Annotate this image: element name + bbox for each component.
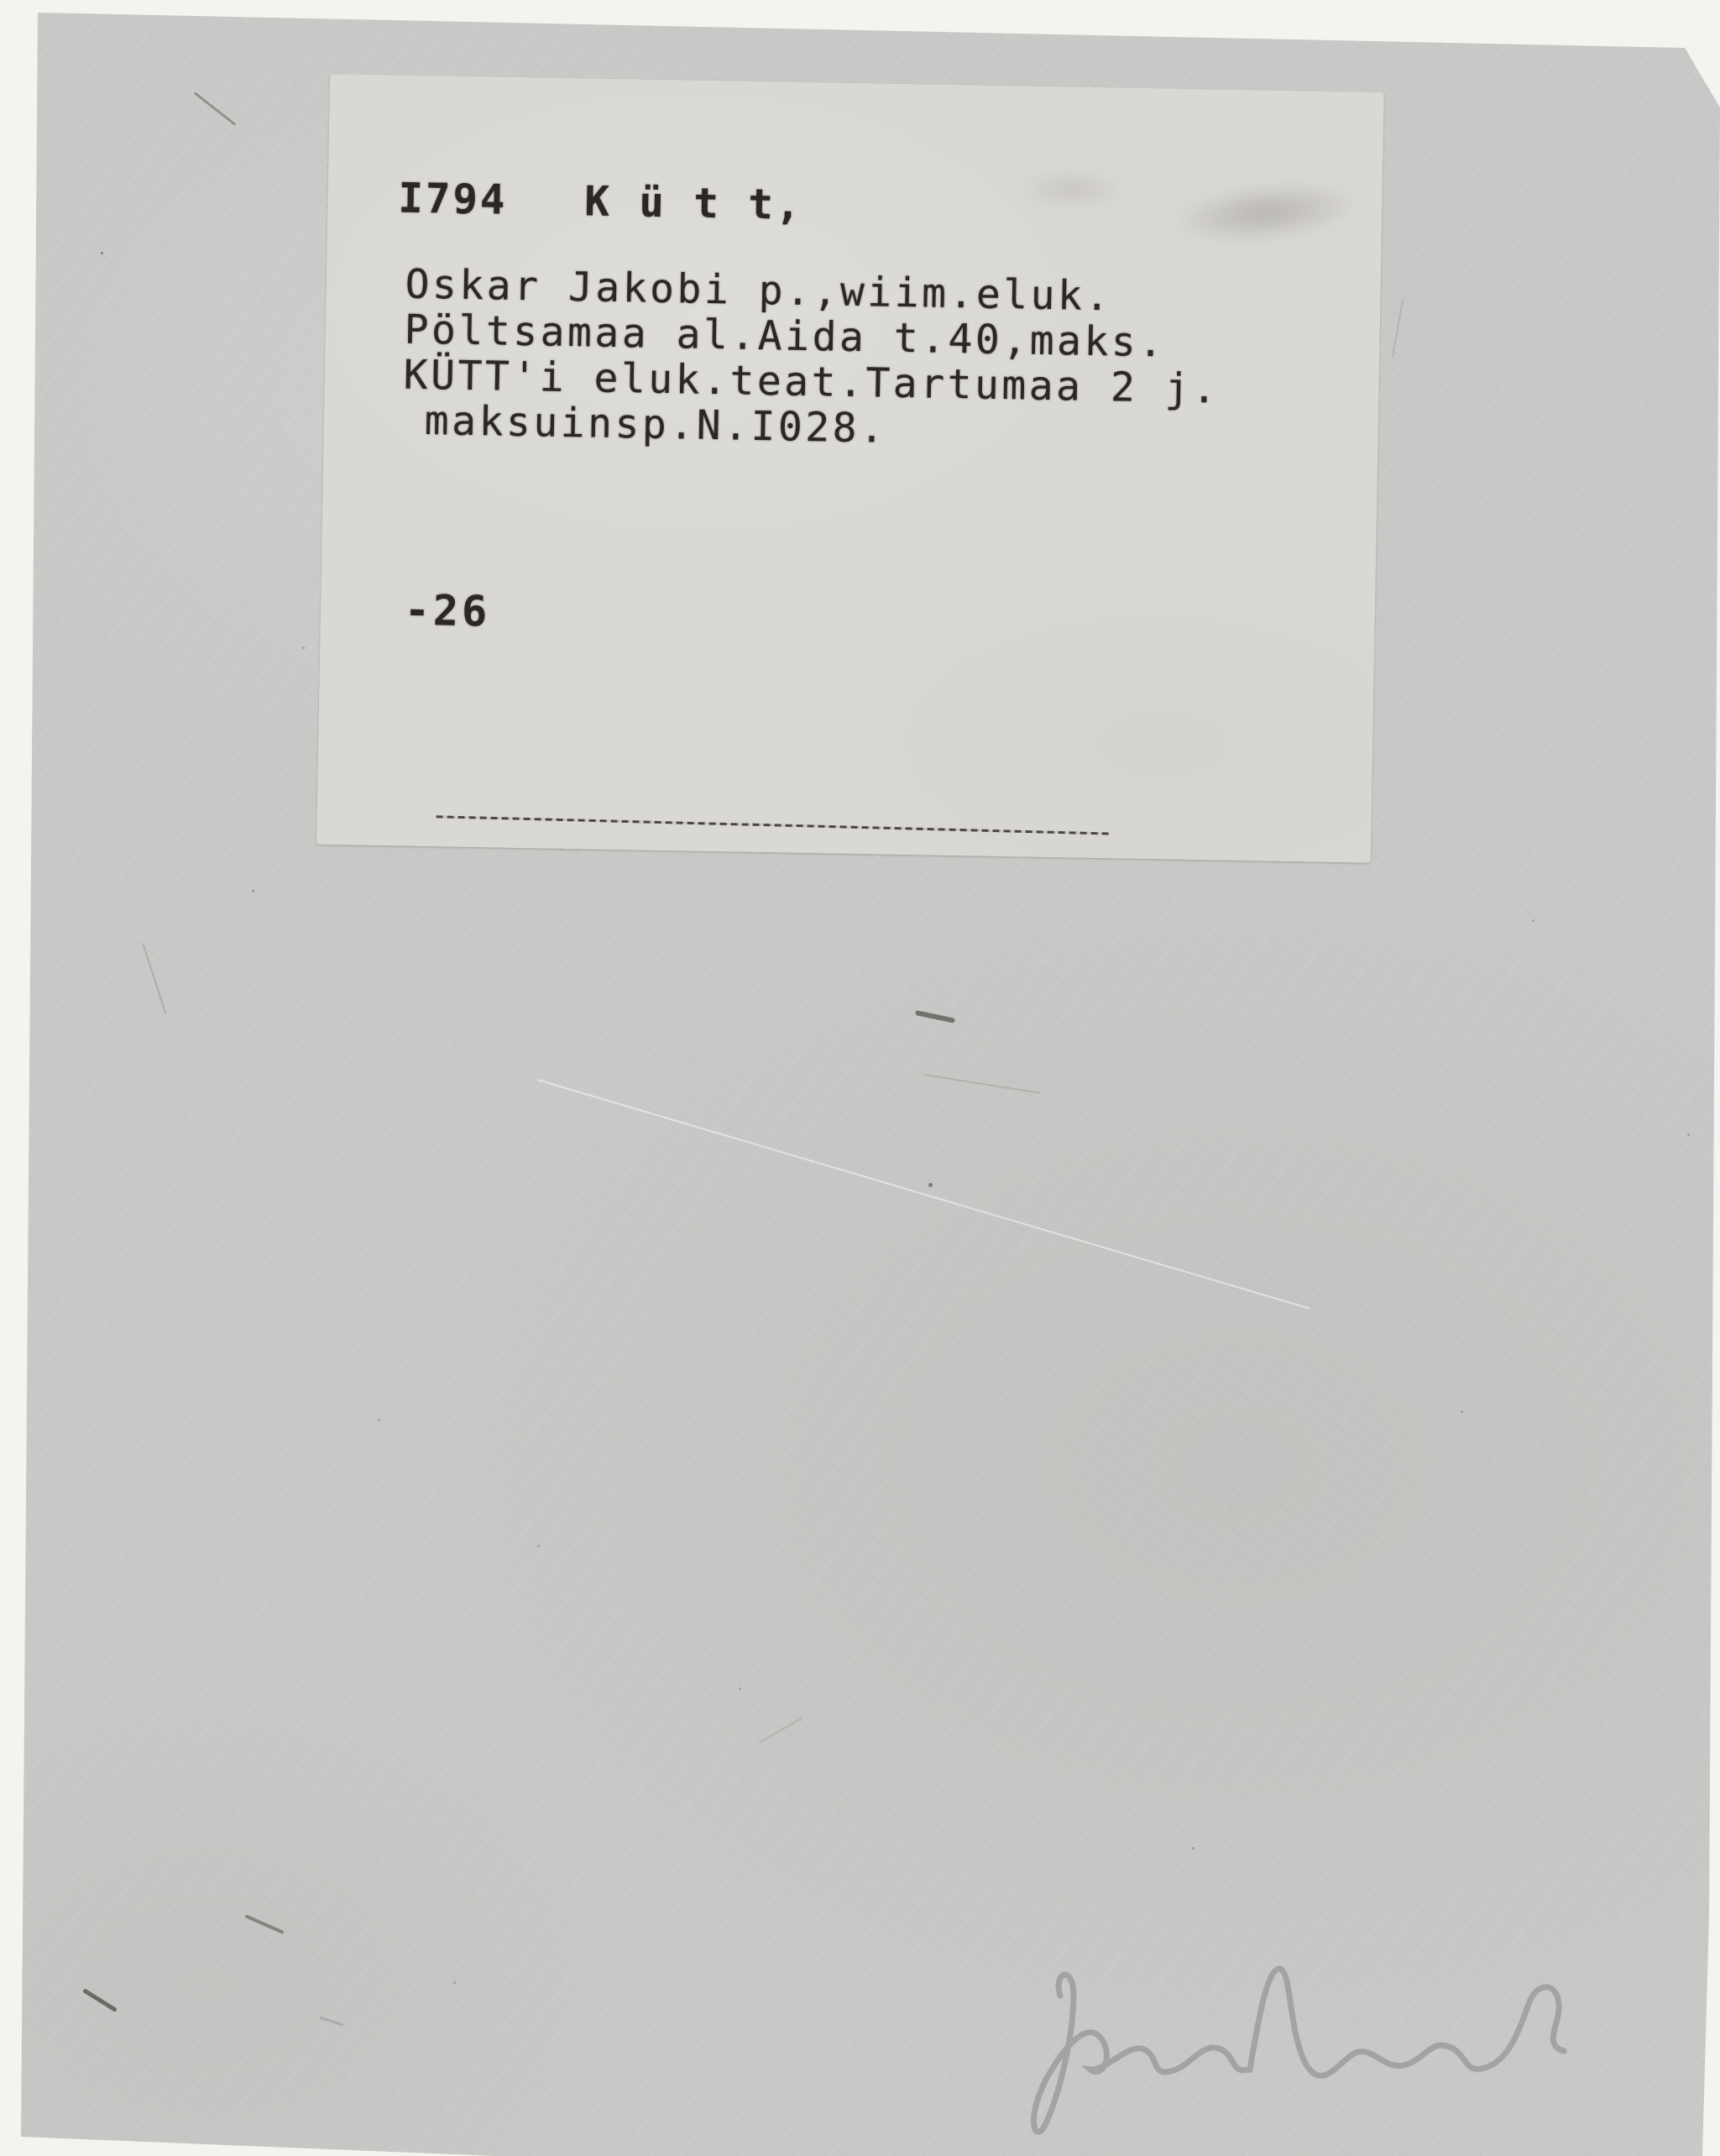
label-card: I794K ü t t, Oskar Jakobi p.,wiim.eluk. … xyxy=(316,74,1384,863)
paper-fiber xyxy=(1392,299,1404,357)
year-mark: -26 xyxy=(404,586,490,636)
paper-sheet: I794K ü t t, Oskar Jakobi p.,wiim.eluk. … xyxy=(0,0,1720,2156)
signature-handwriting: Jakobson xyxy=(1012,1944,1599,2145)
paper-speckles xyxy=(101,252,103,254)
paper-fiber xyxy=(244,1914,284,1934)
card-body-text: Oskar Jakobi p.,wiim.eluk. Pöltsamaa al.… xyxy=(402,262,1221,458)
ink-smudge xyxy=(1012,166,1130,212)
signature-strokes xyxy=(1012,1944,1599,2145)
paper-fiber xyxy=(915,1010,955,1023)
paper-fiber xyxy=(759,1717,803,1744)
paper-fiber xyxy=(319,2016,343,2026)
paper-fiber xyxy=(82,1988,118,2012)
surname-spaced: K ü t t, xyxy=(584,177,803,229)
paper-fiber xyxy=(142,944,166,1014)
typed-underline xyxy=(437,815,1110,835)
ink-smudge xyxy=(1164,172,1367,253)
paper-fiber xyxy=(194,92,237,126)
paper-crease xyxy=(537,1079,1310,1310)
index-number: I794 xyxy=(398,174,508,223)
paper-fiber xyxy=(924,1074,1041,1094)
scanned-document: I794K ü t t, Oskar Jakobi p.,wiim.eluk. … xyxy=(0,0,1720,2156)
card-heading: I794K ü t t, xyxy=(398,174,803,228)
